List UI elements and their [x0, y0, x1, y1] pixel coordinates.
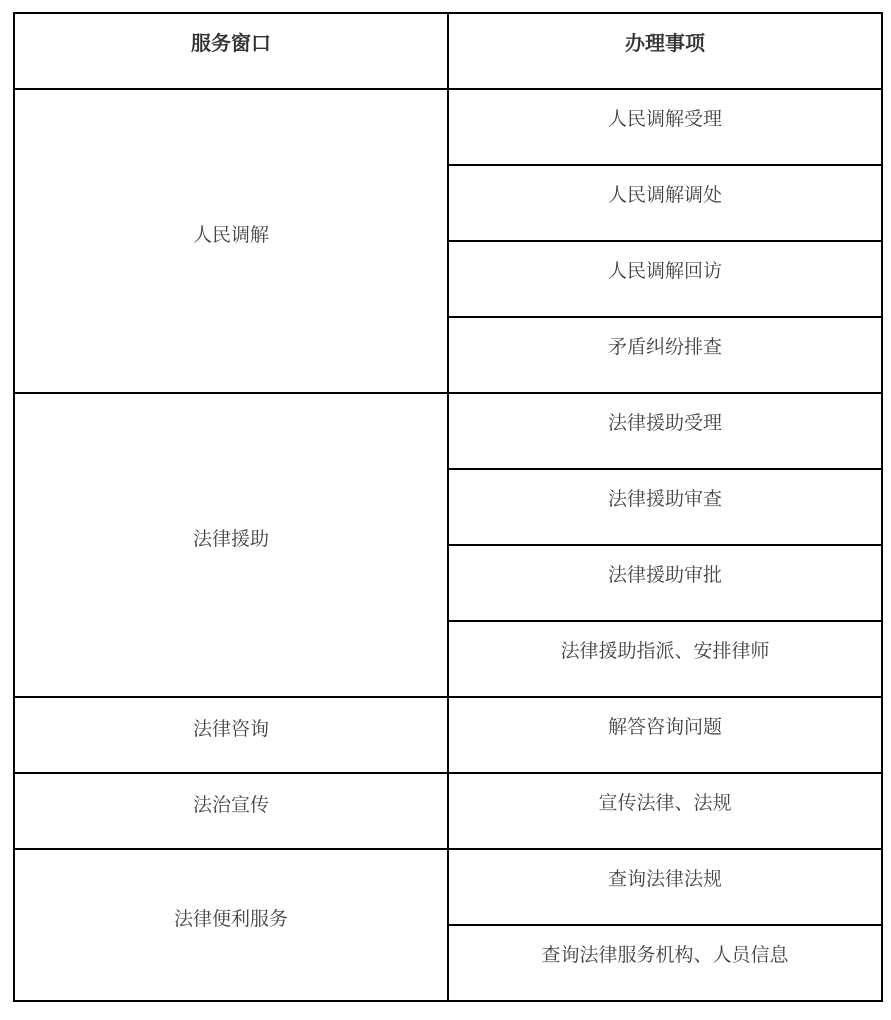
table-row: 法律援助 法律援助受理 [14, 393, 882, 469]
service-item-cell: 解答咨询问题 [448, 697, 882, 773]
service-window-table: 服务窗口 办理事项 人民调解 人民调解受理 人民调解调处 [13, 12, 883, 1002]
service-item-label: 法律援助审批 [449, 562, 881, 590]
service-item-label: 查询法律法规 [449, 866, 881, 894]
service-item-cell: 查询法律法规 [448, 849, 882, 925]
service-window-cell: 法治宣传 [14, 773, 448, 849]
service-item-cell: 查询法律服务机构、人员信息 [448, 925, 882, 1001]
service-window-cell: 法律咨询 [14, 697, 448, 773]
table-row: 人民调解 人民调解受理 [14, 89, 882, 165]
page: 服务窗口 办理事项 人民调解 人民调解受理 人民调解调处 [0, 0, 891, 1020]
service-item-cell: 人民调解调处 [448, 165, 882, 241]
service-window-label: 法律咨询 [15, 716, 447, 744]
service-window-cell: 法律便利服务 [14, 849, 448, 1001]
table-row: 法律咨询 解答咨询问题 [14, 697, 882, 773]
service-item-cell: 人民调解回访 [448, 241, 882, 317]
table-row: 法律便利服务 查询法律法规 [14, 849, 882, 925]
header-cell-handling-items: 办理事项 [448, 13, 882, 89]
service-item-label: 宣传法律、法规 [449, 790, 881, 818]
service-item-label: 查询法律服务机构、人员信息 [449, 942, 881, 970]
service-window-cell: 人民调解 [14, 89, 448, 393]
service-item-label: 法律援助受理 [449, 410, 881, 438]
service-item-cell: 法律援助受理 [448, 393, 882, 469]
service-item-label: 法律援助审查 [449, 486, 881, 514]
header-label-service-window: 服务窗口 [15, 30, 447, 59]
service-item-cell: 宣传法律、法规 [448, 773, 882, 849]
service-item-label: 法律援助指派、安排律师 [449, 638, 881, 666]
service-item-label: 人民调解回访 [449, 258, 881, 286]
service-window-label: 法律便利服务 [15, 906, 447, 934]
service-item-label: 人民调解调处 [449, 182, 881, 210]
service-item-cell: 法律援助指派、安排律师 [448, 621, 882, 697]
service-item-label: 人民调解受理 [449, 106, 881, 134]
service-window-cell: 法律援助 [14, 393, 448, 697]
service-item-cell: 法律援助审批 [448, 545, 882, 621]
service-item-cell: 法律援助审查 [448, 469, 882, 545]
service-item-label: 解答咨询问题 [449, 714, 881, 742]
service-item-cell: 人民调解受理 [448, 89, 882, 165]
table-row: 法治宣传 宣传法律、法规 [14, 773, 882, 849]
header-label-handling-items: 办理事项 [449, 30, 881, 59]
service-item-cell: 矛盾纠纷排查 [448, 317, 882, 393]
service-window-label: 人民调解 [15, 222, 447, 250]
service-window-label: 法治宣传 [15, 792, 447, 820]
service-window-label: 法律援助 [15, 526, 447, 554]
header-cell-service-window: 服务窗口 [14, 13, 448, 89]
table-header-row: 服务窗口 办理事项 [14, 13, 882, 89]
service-item-label: 矛盾纠纷排查 [449, 334, 881, 362]
